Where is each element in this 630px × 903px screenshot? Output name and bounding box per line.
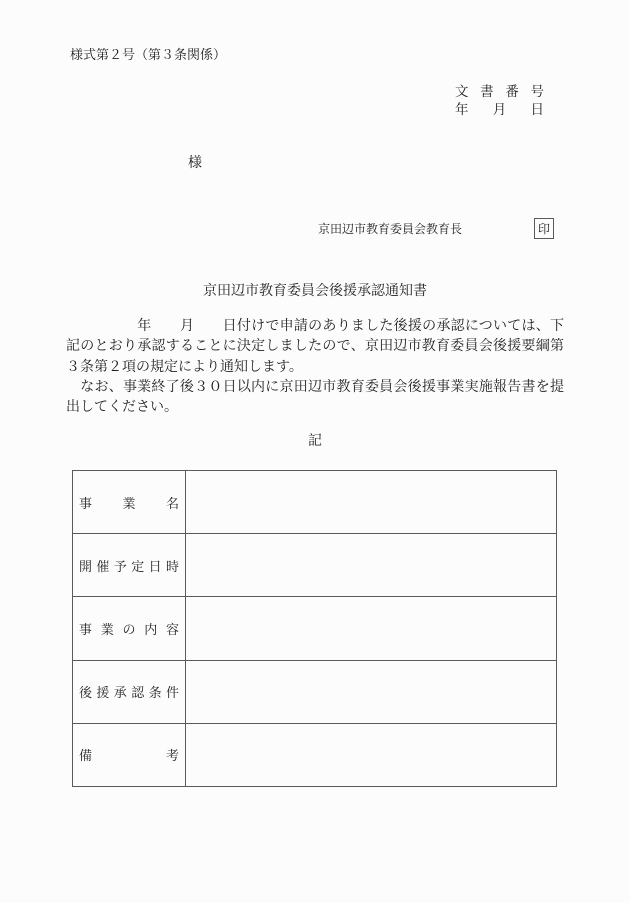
body-paragraph-1: 年 月 日付けで申請のありました後援の承認については、下記のとおり承認することに… [66, 317, 564, 378]
row-label: 事業名 [79, 493, 179, 512]
document-number-label: 文書番号 [455, 83, 544, 101]
row-label: 事業の内容 [79, 619, 179, 638]
row-label-cell: 開催予定日時 [73, 534, 186, 597]
table-row: 後援承認条件 [73, 660, 557, 723]
table-row: 開催予定日時 [73, 534, 557, 597]
table-row: 事業の内容 [73, 597, 557, 660]
form-number: 様式第２号（第３条関係） [70, 47, 226, 63]
row-value-cell [186, 723, 557, 786]
row-label-cell: 後援承認条件 [73, 660, 186, 723]
table-row: 事業名 [73, 471, 557, 534]
document-title: 京田辺市教育委員会後援承認通知書 [0, 283, 630, 300]
row-value-cell [186, 471, 557, 534]
seal-label: 印 [538, 220, 550, 237]
row-label-cell: 事業名 [73, 471, 186, 534]
body-text: 年 月 日付けで申請のありました後援の承認については、下記のとおり承認することに… [66, 317, 564, 418]
seal-box: 印 [534, 218, 554, 239]
row-label-cell: 事業の内容 [73, 597, 186, 660]
row-value-cell [186, 597, 557, 660]
sender-title: 京田辺市教育委員会教育長 [318, 222, 462, 237]
table-row: 備考 [73, 723, 557, 786]
row-label: 後援承認条件 [79, 682, 179, 701]
document-number-block: 文書番号 年月日 [455, 83, 544, 119]
document-page: 様式第２号（第３条関係） 文書番号 年月日 様 京田辺市教育委員会教育長 印 京… [0, 0, 630, 903]
row-label: 開催予定日時 [79, 556, 179, 575]
row-value-cell [186, 660, 557, 723]
date-line: 年月日 [455, 101, 544, 119]
list-marker: 記 [0, 433, 630, 450]
recipient-honorific: 様 [188, 155, 202, 172]
approval-table: 事業名 開催予定日時 事業の内容 後援承認条件 [72, 470, 557, 787]
row-value-cell [186, 534, 557, 597]
body-paragraph-2: なお、事業終了後３０日以内に京田辺市教育委員会後援事業実施報告書を提出してくださ… [66, 378, 564, 419]
row-label-cell: 備考 [73, 723, 186, 786]
row-label: 備考 [79, 745, 179, 764]
